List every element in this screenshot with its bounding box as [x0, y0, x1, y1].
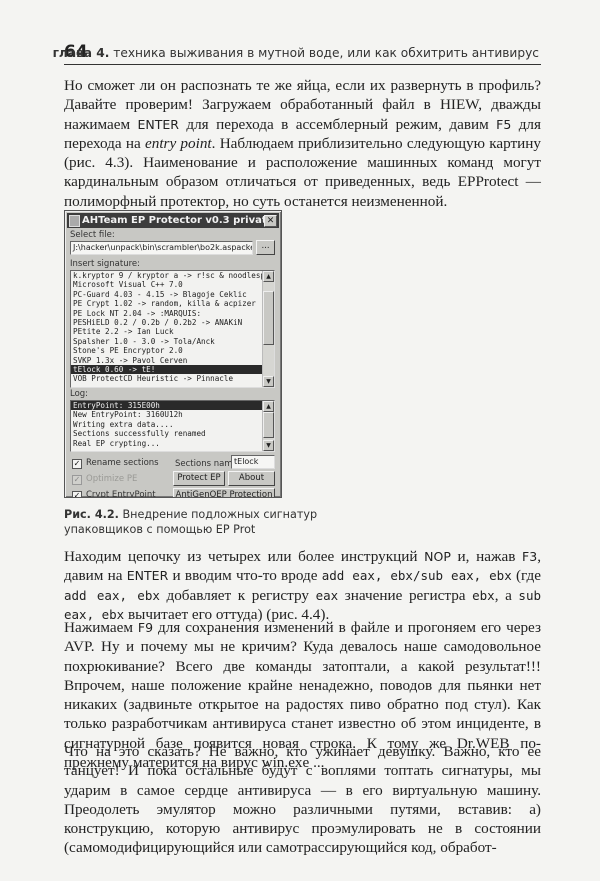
chapter-title: глава 4. техника выживания в мутной воде… [53, 46, 539, 60]
checkbox-check-icon: ✓ [72, 459, 82, 469]
checkbox-check-icon: ✓ [72, 475, 82, 485]
select-file-label: Select file: [70, 230, 115, 240]
paragraph-2: Находим цепочку из четырех или более инс… [64, 547, 541, 624]
signature-list[interactable]: k.kryptor 9 / kryptor a -> r!sc & noodle… [70, 270, 275, 388]
checkbox-check-icon: ✓ [72, 491, 82, 498]
caption-label: Рис. 4.2. [64, 508, 119, 521]
log-line[interactable]: Real EP crypting... [71, 439, 274, 448]
key-name: NOP [424, 549, 451, 564]
signature-scrollbar[interactable]: ▲ ▼ [262, 271, 274, 387]
code-fragment: add eax, ebx [64, 588, 160, 603]
key-name: F5 [496, 117, 511, 132]
signature-list-item[interactable]: VOB ProtectCD Heuristic -> Pinnacle [71, 374, 274, 383]
checkbox-label: Optimize PE [86, 474, 137, 484]
scroll-down-icon[interactable]: ▼ [263, 440, 274, 451]
log-scrollbar[interactable]: ▲ ▼ [262, 401, 274, 451]
antigen-oep-protection-button[interactable]: AntiGenOEP Protection [173, 488, 275, 498]
signature-list-item[interactable]: PEtite 2.2 -> Ian Luck [71, 327, 274, 336]
key-name: F3 [522, 549, 537, 564]
chapter-label: глава 4. [53, 46, 110, 60]
code-fragment: add eax, ebx/sub eax, ebx [322, 568, 512, 583]
ep-protector-window: AHTeam EP Protector v0.3 private ✕ Selec… [64, 210, 282, 498]
log-line[interactable]: EntryPoint: 315E00h [71, 401, 274, 410]
log-list[interactable]: EntryPoint: 315E00hNew EntryPoint: 3160U… [70, 400, 275, 452]
optimize-checkbox: ✓Optimize PE [72, 474, 137, 485]
running-header: 64 глава 4. техника выживания в мутной в… [64, 44, 541, 65]
signature-list-item[interactable]: tElock 0.60 -> tE! [71, 365, 274, 374]
file-path-field[interactable]: J:\hacker\unpack\bin\scrambler\bo2k.aspa… [70, 241, 253, 255]
italic-term: entry point [145, 135, 212, 152]
scroll-thumb[interactable] [263, 291, 274, 345]
key-name: ENTER [138, 117, 179, 132]
code-fragment: eax [316, 588, 339, 603]
log-label: Log: [70, 389, 88, 399]
chapter-name: техника выживания в мутной воде, или как… [113, 46, 539, 60]
close-icon[interactable]: ✕ [264, 215, 277, 227]
signature-list-item[interactable]: PE Lock NT 2.04 -> :MARQUIS: [71, 309, 274, 318]
protect-ep-button[interactable]: Protect EP [173, 471, 225, 486]
window-titlebar: AHTeam EP Protector v0.3 private ✕ [67, 213, 279, 228]
signature-list-item[interactable]: k.kryptor 9 / kryptor a -> r!sc & noodle… [71, 271, 274, 280]
about-button[interactable]: About [228, 471, 275, 486]
log-line[interactable]: Sections successfully renamed [71, 429, 274, 438]
signature-list-item[interactable]: PE Crypt 1.02 -> random, killa & acpizer [71, 299, 274, 308]
signature-list-item[interactable]: Spalsher 1.0 - 3.0 -> Tola/Anck [71, 337, 274, 346]
code-fragment: ebx [472, 588, 495, 603]
figure-caption: Рис. 4.2. Внедрение подложных сигнатур у… [64, 508, 324, 537]
signature-list-item[interactable]: Stone's PE Encryptor 2.0 [71, 346, 274, 355]
rename-sections-checkbox[interactable]: ✓Rename sections [72, 458, 159, 469]
signature-list-item[interactable]: Microsoft Visual C++ 7.0 [71, 280, 274, 289]
window-title: AHTeam EP Protector v0.3 private [82, 213, 273, 228]
key-name: F9 [138, 620, 153, 635]
scroll-thumb[interactable] [263, 412, 274, 438]
checkbox-label: Rename sections [86, 458, 159, 468]
signature-list-item[interactable]: PC-Guard 4.03 - 4.15 -> Blagoje Ceklic [71, 290, 274, 299]
app-icon [69, 215, 80, 227]
book-page: 64 глава 4. техника выживания в мутной в… [0, 0, 600, 881]
crypt-entrypoint-checkbox[interactable]: ✓Crypt EntryPoint [72, 490, 156, 498]
sections-name-input[interactable]: tElock [231, 455, 275, 469]
scroll-down-icon[interactable]: ▼ [263, 376, 274, 387]
checkbox-label: Crypt EntryPoint [86, 490, 156, 498]
insert-signature-label: Insert signature: [70, 259, 140, 269]
signature-list-item[interactable]: PESHiELD 0.2 / 0.2b / 0.2b2 -> ANAKiN [71, 318, 274, 327]
paragraph-1: Но сможет ли он распознать те же яйца, е… [64, 76, 541, 211]
log-line[interactable]: New EntryPoint: 3160U12h [71, 410, 274, 419]
scroll-up-icon[interactable]: ▲ [263, 271, 274, 282]
key-name: ENTER [127, 568, 168, 583]
paragraph-4: Что на это сказать? Не важно, кто ужинае… [64, 742, 541, 858]
signature-list-item[interactable]: SVKP 1.3x -> Pavol Cerven [71, 356, 274, 365]
log-line[interactable]: Writing extra data.... [71, 420, 274, 429]
scroll-up-icon[interactable]: ▲ [263, 401, 274, 412]
browse-button[interactable]: ... [256, 240, 275, 255]
